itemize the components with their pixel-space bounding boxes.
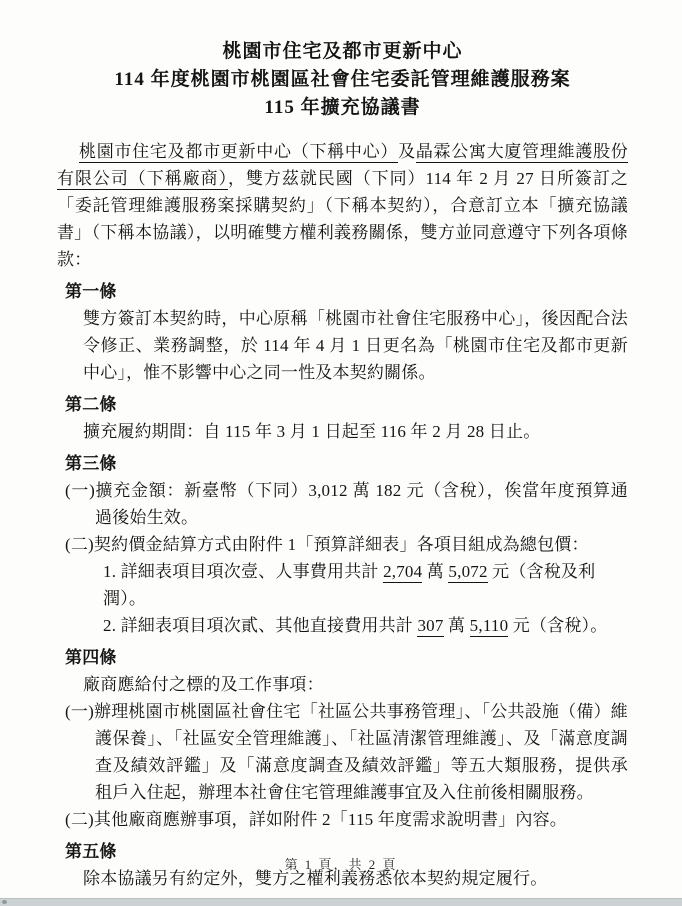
text-segment: 及 bbox=[398, 142, 416, 161]
article-4-heading: 第四條 bbox=[65, 644, 628, 671]
document-body: 桃園市住宅及都市更新中心（下稱中心）及晶霖公寓大廈管理維護股份有限公司（下稱廠商… bbox=[57, 138, 628, 892]
text-segment: 廠商應給付之標的及工作事項： bbox=[83, 675, 324, 694]
underlined-text: 桃園市住宅及都市更新中心（下稱中心） bbox=[79, 142, 398, 163]
text-segment: (二)契約價金結算方式由附件 1「預算詳細表」各項目組成為總包價： bbox=[65, 535, 589, 554]
text-segment: 擴充履約期間：自 115 年 3 月 1 日起至 116 年 2 月 28 日止… bbox=[83, 422, 540, 441]
article-1-heading: 第一條 bbox=[65, 278, 628, 305]
article-4-item-2: (二)其他廠商應辦事項，詳如附件 2「115 年度需求說明書」內容。 bbox=[65, 806, 628, 833]
document-title: 桃園市住宅及都市更新中心 114 年度桃園市桃園區社會住宅委託管理維護服務案 1… bbox=[57, 38, 628, 122]
intro-paragraph: 桃園市住宅及都市更新中心（下稱中心）及晶霖公寓大廈管理維護股份有限公司（下稱廠商… bbox=[57, 138, 628, 273]
article-4-item-1: (一)辦理桃園市桃園區社會住宅「社區公共事務管理」、「公共設施（備）維護保養」、… bbox=[65, 698, 628, 806]
text-segment: 1. 詳細表項目項次壹、人事費用共計 bbox=[103, 562, 383, 581]
text-segment: 第四條 bbox=[65, 648, 117, 667]
text-segment: 第三條 bbox=[65, 454, 117, 473]
text-segment: (一)辦理桃園市桃園區社會住宅「社區公共事務管理」、「公共設施（備）維護保養」、… bbox=[65, 702, 628, 802]
article-2-body: 擴充履約期間：自 115 年 3 月 1 日起至 116 年 2 月 28 日止… bbox=[83, 418, 628, 445]
text-segment: 第二條 bbox=[65, 395, 117, 414]
article-2-heading: 第二條 bbox=[65, 391, 628, 418]
article-3-item-1: (一)擴充金額：新臺幣（下同）3,012 萬 182 元（含稅），俟當年度預算通… bbox=[65, 477, 628, 531]
agreement-name-title: 115 年擴充協議書 bbox=[57, 94, 628, 122]
project-name-title: 114 年度桃園市桃園區社會住宅委託管理維護服務案 bbox=[57, 66, 628, 94]
article-3-heading: 第三條 bbox=[65, 450, 628, 477]
page-number: 第 1 頁，共 2 頁 bbox=[0, 854, 682, 873]
text-segment: (二)其他廠商應辦事項，詳如附件 2「115 年度需求說明書」內容。 bbox=[65, 810, 567, 829]
text-segment: 萬 bbox=[444, 616, 470, 635]
text-segment: 雙方簽訂本契約時，中心原稱「桃園市社會住宅服務中心」，後因配合法令修正、業務調整… bbox=[83, 309, 628, 382]
underlined-text: 2,704 bbox=[383, 562, 422, 583]
article-1-body: 雙方簽訂本契約時，中心原稱「桃園市社會住宅服務中心」，後因配合法令修正、業務調整… bbox=[83, 305, 628, 386]
underlined-text: 5,110 bbox=[470, 616, 509, 637]
text-segment: 元（含稅）。 bbox=[508, 616, 607, 635]
text-segment: (一)擴充金額：新臺幣（下同）3,012 萬 182 元（含稅），俟當年度預算通… bbox=[65, 481, 628, 527]
text-segment: 2. 詳細表項目項次貳、其他直接費用共計 bbox=[103, 616, 417, 635]
org-name-title: 桃園市住宅及都市更新中心 bbox=[57, 38, 628, 66]
page-content: 桃園市住宅及都市更新中心 114 年度桃園市桃園區社會住宅委託管理維護服務案 1… bbox=[0, 0, 682, 892]
scan-edge-artifact bbox=[0, 898, 682, 906]
article-3-item-2: (二)契約價金結算方式由附件 1「預算詳細表」各項目組成為總包價： bbox=[65, 531, 628, 558]
underlined-text: 5,072 bbox=[448, 562, 487, 583]
scanned-contract-page: 桃園市住宅及都市更新中心 114 年度桃園市桃園區社會住宅委託管理維護服務案 1… bbox=[0, 0, 682, 906]
article-4-body: 廠商應給付之標的及工作事項： bbox=[83, 671, 628, 698]
article-3-subitem-2: 2. 詳細表項目項次貳、其他直接費用共計 307 萬 5,110 元（含稅）。 bbox=[103, 612, 628, 639]
article-3-subitem-1: 1. 詳細表項目項次壹、人事費用共計 2,704 萬 5,072 元（含稅及利潤… bbox=[103, 558, 628, 612]
scan-speck bbox=[2, 900, 7, 904]
text-segment: 第一條 bbox=[65, 282, 117, 301]
underlined-text: 307 bbox=[417, 616, 443, 637]
text-segment: 萬 bbox=[422, 562, 448, 581]
